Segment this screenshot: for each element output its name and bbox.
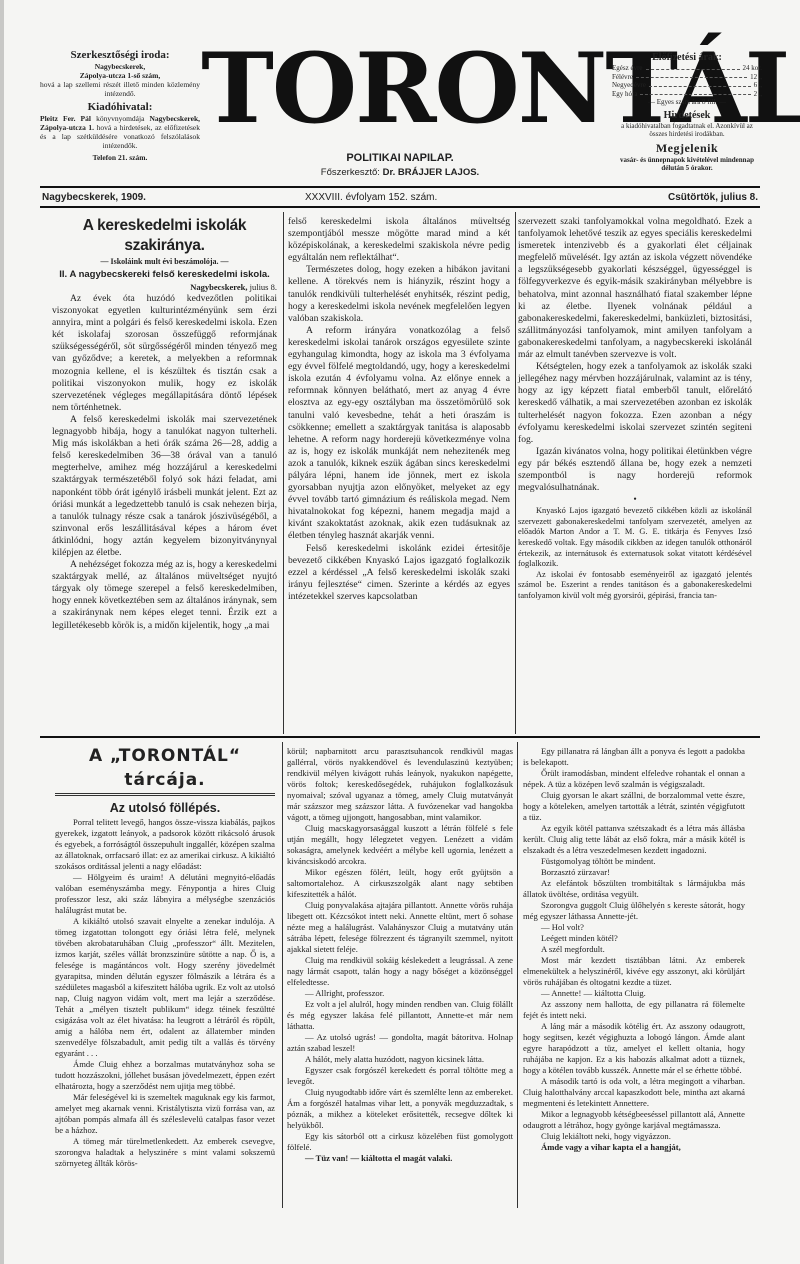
dateline-rule bbox=[40, 206, 760, 208]
paragraph: Knyaskó Lajos igazgató bevezető cikkében… bbox=[518, 506, 752, 570]
paragraph: A második tartó is oda volt, a létra meg… bbox=[523, 1076, 745, 1109]
feuilleton-rule bbox=[40, 736, 760, 738]
paragraph: — Hölgyeim és uraim! A délutáni megnyitó… bbox=[55, 872, 275, 916]
paragraph: A reform irányára vonatkozólag a felső k… bbox=[288, 325, 510, 543]
paragraph: A kikiáltó utolsó szavait elnyelte a zen… bbox=[55, 916, 275, 1059]
paragraph: Az évek óta huzódó kedvezőtlen politikai… bbox=[52, 293, 277, 414]
paragraph: A tömeg már türelmetlenkedett. Az embere… bbox=[55, 1136, 275, 1169]
article-date: julius 8. bbox=[250, 282, 277, 292]
newspaper-page: Szerkesztőségi iroda: Nagybecskerek, Záp… bbox=[0, 0, 800, 1264]
article-place: Nagybecskerek, bbox=[190, 282, 247, 292]
appears-title: Megjelenik bbox=[612, 141, 762, 156]
paragraph: Már feleségével ki is szemeltek maguknak… bbox=[55, 1092, 275, 1136]
paragraph: Az elefántok bőszülten trombitáltak s lá… bbox=[523, 878, 745, 900]
paragraph: Porral telitett levegő, hangos össze-vis… bbox=[55, 817, 275, 872]
price-value: 12 „ bbox=[750, 73, 762, 82]
paragraph: Borzasztó zürzavar! bbox=[523, 867, 745, 878]
lead-article-col-1: A kereskedelmi iskolák szakiránya. — Isk… bbox=[52, 216, 277, 632]
prices-title: Előfizetési árak: bbox=[612, 52, 762, 64]
ads-text: a kiadóhivatalban fogadtatnak el. Azonkí… bbox=[612, 122, 762, 139]
paragraph: — Tüz van! — kiáltotta el magát valaki. bbox=[287, 1153, 513, 1164]
column-divider bbox=[283, 212, 284, 734]
price-label: Egy hóra bbox=[612, 90, 637, 99]
masthead-title: TORONTÁL bbox=[201, 36, 599, 141]
paragraph: — Az utolsó ugrás! — gondolta, magát bát… bbox=[287, 1032, 513, 1054]
paragraph: A szél megfordult. bbox=[523, 944, 745, 955]
paragraph: Ámde vagy a vihar kapta el a hangját, bbox=[523, 1142, 745, 1153]
place-year: Nagybecskerek, 1909. bbox=[42, 192, 146, 203]
paragraph: Cluig macskagyorsasággal kuszott a létrá… bbox=[287, 823, 513, 867]
article-subtitle: — Iskoláink mult évi beszámolója. — bbox=[52, 256, 277, 268]
price-row: Negyedévre6 „ bbox=[612, 81, 762, 90]
paragraph: — Allright, professzor. bbox=[287, 988, 513, 999]
office-note: hová a lap szellemi részét illető minden… bbox=[40, 80, 200, 98]
office-street: Zápolya-utcza 1-ső szám, bbox=[40, 71, 200, 80]
paragraph: Kétségtelen, hogy ezek a tanfolyamok az … bbox=[518, 361, 752, 446]
column-divider bbox=[517, 742, 518, 1208]
paragraph: Most már kezdett tisztábban látni. Az em… bbox=[523, 955, 745, 988]
paragraph: Mikor a legnagyobb kétségbeeséssel pilla… bbox=[523, 1109, 745, 1131]
paragraph: Cluig ma rendkivül sokáig késlekedett a … bbox=[287, 955, 513, 988]
feuilleton-col-2: körül; napbarnitott arcu parasztsuhancok… bbox=[287, 746, 513, 1164]
office-title: Szerkesztőségi iroda: bbox=[40, 48, 200, 62]
editor-line: Főszerkesztő: Dr. BRÁJJER LAJOS. bbox=[200, 167, 600, 178]
volume-issue: XXXVIII. évfolyam 152. szám. bbox=[305, 192, 437, 203]
price-label: Félévre bbox=[612, 73, 633, 82]
page-edge bbox=[0, 0, 4, 1264]
paragraph: A hálót, mely alatta huzódott, nagyon ki… bbox=[287, 1054, 513, 1065]
paragraph: Igazán kivánatos volna, hogy politikai é… bbox=[518, 446, 752, 494]
publisher-name: Pleitz Fer. Pál bbox=[40, 114, 91, 123]
article-title: A kereskedelmi iskolák szakiránya. bbox=[52, 216, 277, 256]
title-underline bbox=[55, 793, 275, 796]
ads-title: Hirdetések bbox=[612, 110, 762, 122]
price-value: 24 kor. bbox=[743, 64, 762, 73]
price-label: Egész évre bbox=[612, 64, 643, 73]
feuilleton-col-3: Egy pillanatra rá lángban állt a ponyva … bbox=[523, 746, 745, 1153]
paragraph: Cluig nyugodtabb időre várt és szemlélte… bbox=[287, 1087, 513, 1131]
paragraph: Füstgomolyag töltött be mindent. bbox=[523, 856, 745, 867]
paragraph: Cluig gyorsan le akart szállni, de borza… bbox=[523, 790, 745, 823]
paragraph: — Hol volt? bbox=[523, 922, 745, 933]
paragraph: szervezett szaki tanfolyamokkal volna me… bbox=[518, 216, 752, 361]
paragraph: Mikor egészen fölért, leült, hogy erőt g… bbox=[287, 867, 513, 900]
day-date: Csütörtök, julius 8. bbox=[668, 192, 758, 203]
publisher-title: Kiadóhivatal: bbox=[40, 100, 200, 114]
paragraph: — Annette! — kiáltotta Cluig. bbox=[523, 988, 745, 999]
lead-article-col-3: szervezett szaki tanfolyamokkal volna me… bbox=[518, 216, 752, 602]
paragraph: Az asszony nem hallotta, de egy pillanat… bbox=[523, 999, 745, 1021]
price-row: Félévre12 „ bbox=[612, 73, 762, 82]
paragraph: Egyszer csak forgószél kerekedett és por… bbox=[287, 1065, 513, 1087]
paragraph: A láng már a második kötélig ért. Az ass… bbox=[523, 1021, 745, 1076]
section-separator: • bbox=[518, 494, 752, 506]
price-label: Negyedévre bbox=[612, 81, 646, 90]
paragraph: körül; napbarnitott arcu parasztsuhancok… bbox=[287, 746, 513, 823]
paragraph: felső kereskedelmi iskola általános müve… bbox=[288, 216, 510, 264]
paragraph: Cluig ponyvalakása ajtajára pillantott. … bbox=[287, 900, 513, 955]
paragraph: Egy pillanatra rá lángban állt a ponyva … bbox=[523, 746, 745, 768]
masthead-subtitle: POLITIKAI NAPILAP. bbox=[200, 152, 600, 164]
single-issue-price: — Egyes szám ára 8 fill. — bbox=[612, 98, 762, 107]
paragraph: Szorongva guggolt Cluig ülőhelyén s kere… bbox=[523, 900, 745, 922]
paragraph: A nehézséget fokozza még az is, hogy a k… bbox=[52, 559, 277, 632]
paragraph: Természetes dolog, hogy ezeken a hibákon… bbox=[288, 264, 510, 324]
editor-label: Főszerkesztő: bbox=[321, 167, 380, 178]
paragraph: Leégett minden kötél? bbox=[523, 933, 745, 944]
appears-text: vasár- és ünnepnapok kivételével mindenn… bbox=[612, 156, 762, 173]
dateline: Nagybecskerek, 1909. XXXVIII. évfolyam 1… bbox=[40, 190, 760, 206]
column-divider bbox=[515, 212, 516, 734]
paragraph: A felső kereskedelmi iskolák mai szervez… bbox=[52, 414, 277, 559]
paragraph: Őrült iramodásban, mindent elfeledve roh… bbox=[523, 768, 745, 790]
price-value: 2 „ bbox=[754, 90, 762, 99]
story-title: Az utolsó föllépés. bbox=[55, 799, 275, 817]
phone-number: Telefon 21. szám. bbox=[40, 153, 200, 162]
paragraph: Cluig lekiáltott neki, hogy vigyázzon. bbox=[523, 1131, 745, 1142]
price-row: Egy hóra2 „ bbox=[612, 90, 762, 99]
paragraph: Ámde Cluig ehhez a borzalmas mutatványho… bbox=[55, 1059, 275, 1092]
publisher-press: könyvnyomdája bbox=[96, 114, 144, 123]
lead-article-col-2: felső kereskedelmi iskola általános müve… bbox=[288, 216, 510, 603]
article-dateline: Nagybecskerek, julius 8. bbox=[52, 281, 277, 293]
paragraph: Az iskolai év fontosabb eseményeiről az … bbox=[518, 570, 752, 602]
feuilleton-col-1: A „TORONTÁL“ tárcája. Az utolsó föllépés… bbox=[55, 744, 275, 1169]
subscription-box: Előfizetési árak: Egész évre24 kor. Félé… bbox=[612, 52, 762, 173]
paragraph: Az egyik kötél pattanva szétszakadt és a… bbox=[523, 823, 745, 856]
paragraph: Ez volt a jel alulról, hogy minden rendb… bbox=[287, 999, 513, 1032]
editorial-office-box: Szerkesztőségi iroda: Nagybecskerek, Záp… bbox=[40, 48, 200, 162]
editor-name: Dr. BRÁJJER LAJOS. bbox=[383, 167, 480, 178]
publisher-info: Pleitz Fer. Pál könyvnyomdája Nagybecske… bbox=[40, 114, 200, 150]
office-city: Nagybecskerek, bbox=[40, 62, 200, 71]
paragraph: Felső kereskedelmi iskolánk ezidei értes… bbox=[288, 543, 510, 603]
column-divider bbox=[282, 742, 283, 1208]
price-value: 6 „ bbox=[754, 81, 762, 90]
paragraph: Egy kis sátorból ott a cirkusz közelében… bbox=[287, 1131, 513, 1153]
feuilleton-title: A „TORONTÁL“ tárcája. bbox=[55, 744, 275, 792]
price-row: Egész évre24 kor. bbox=[612, 64, 762, 73]
article-section: II. A nagybecskereki felső kereskedelmi … bbox=[52, 268, 277, 281]
top-rule bbox=[40, 186, 760, 188]
